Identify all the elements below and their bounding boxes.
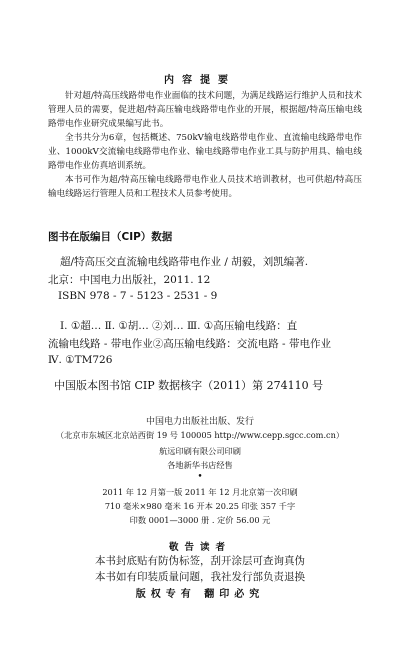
edition-info: 2011 年 12 月第一版 2011 年 12 月北京第一次印刷	[0, 487, 400, 498]
price-info: 印数 0001—3000 册 . 定价 56.00 元	[0, 515, 400, 526]
publisher-line: 中国电力出版社出版、发行	[0, 414, 400, 427]
abstract-body: 针对超/特高压线路带电作业面临的技术问题，为满足线路运行维护人员和技术管理人员的…	[48, 89, 362, 201]
cip-classification: Ⅳ. ①TM726	[48, 354, 112, 366]
abstract-paragraph: 针对超/特高压线路带电作业面临的技术问题，为满足线路运行维护人员和技术管理人员的…	[48, 89, 362, 131]
notice-heading: 敬告读者	[0, 539, 400, 553]
cip-line: 北京：中国电力出版社，2011. 12	[48, 272, 210, 287]
copyright-notice: 版权专有 翻印必究	[0, 585, 400, 600]
distributor: 各地新华书店经售	[0, 460, 400, 471]
publisher-address: （北京市东城区北京站西街 19 号 100005 http://www.cepp…	[0, 430, 400, 441]
separator-dot: •	[0, 472, 400, 482]
cip-library-record: 中国版本图书馆 CIP 数据核字（2011）第 274110 号	[54, 377, 323, 393]
cip-line: 超/特高压交直流输电线路带电作业 / 胡毅，刘凯编著.	[60, 254, 308, 269]
cip-heading: 图书在版编目（CIP）数据	[48, 229, 172, 244]
notice-line: 本书封底贴有防伪标签，刮开涂层可查询真伪	[0, 553, 400, 568]
printer: 航远印刷有限公司印刷	[0, 446, 400, 457]
abstract-paragraph: 本书可作为超/特高压输电线路带电作业人员技术培训教材，也可供超/特高压输电线路运…	[48, 173, 362, 201]
notice-line: 本书如有印装质量问题，我社发行部负责退换	[0, 569, 400, 584]
cip-line: ISBN 978 - 7 - 5123 - 2531 - 9	[58, 290, 217, 302]
abstract-title: 内容提要	[0, 71, 400, 86]
cip-classification: Ⅰ. ①超… Ⅱ. ①胡… ②刘… Ⅲ. ①高压输电线路：直	[60, 318, 297, 333]
format-info: 710 毫米×980 毫米 16 开本 20.25 印张 357 千字	[0, 501, 400, 512]
abstract-paragraph: 全书共分为6章，包括概述、750kV输电线路带电作业、直流输电线路带电作业、10…	[48, 131, 362, 173]
cip-classification: 流输电线路 - 带电作业②高压输电线路：交流电路 - 带电作业	[48, 336, 331, 351]
